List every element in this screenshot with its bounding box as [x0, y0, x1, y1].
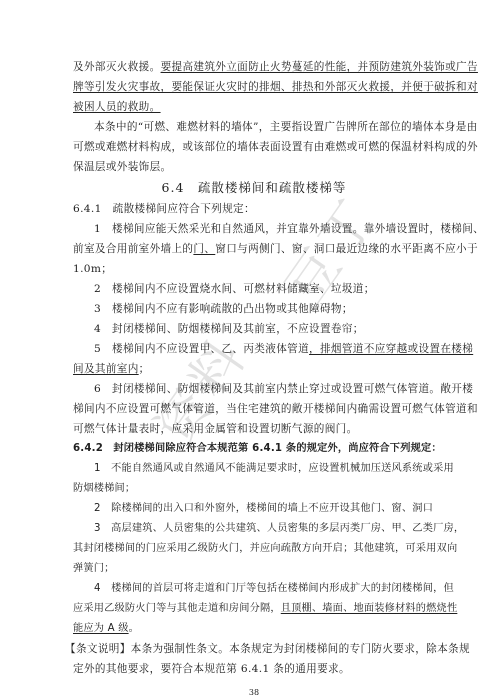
paragraph-line: 本条中的“可燃、难燃材料的墙体”，主要指设置广告牌所在部位的墙体本身是由	[73, 120, 478, 134]
paragraph-line: 被困人员的救助。	[73, 100, 161, 114]
list-item-continued: 1.0m；	[73, 262, 112, 276]
list-item: 3 楼梯间内不应有影响疏散的凸出物或其他障碍物；	[73, 302, 353, 316]
text: 5 楼梯间内不应设置甲、乙、丙类液体管道	[94, 343, 309, 355]
underlined-text: ，排烟管道不应穿越或设置在楼梯	[309, 343, 473, 355]
text: 前室及合用前室外墙上的	[73, 243, 193, 255]
text: ；	[139, 363, 150, 375]
list-item-continued: 可燃气体计量表时，应采用金属管和设置切断气源的阀门。	[73, 422, 358, 436]
paragraph-line: 牌等引发火灾事故，要能保证火灾时的排烟、排热和外部灭火救援，并便于破拆和对	[73, 80, 478, 94]
underlined-text: 间及其前室内	[73, 363, 139, 375]
section-heading: 6.4 疏散楼梯间和疏散楼梯等	[73, 178, 435, 196]
text: 应采用乙级防火门等与其他走道和房间分隔，	[73, 603, 281, 614]
list-item: 6 封闭楼梯间、防烟楼梯间及其前室内禁止穿过或设置可燃气体管道。敞开楼	[73, 382, 473, 396]
list-item-continued: 梯间内不应设置可燃气体管道，当住宅建筑的敞开楼梯间内确需设置可燃气体管道和	[73, 402, 478, 416]
explanation-line: 定外的其他要求，要符合本规范第 6.4.1 条的通用要求。	[73, 662, 350, 676]
list-item-continued: 防烟楼梯间；	[73, 482, 135, 496]
list-item-continued: 前室及合用前室外墙上的门、窗口与两侧门、窗、洞口最近边缘的水平距离不应小于	[73, 242, 478, 256]
text: 。	[129, 623, 139, 634]
list-item: 5 楼梯间内不应设置甲、乙、丙类液体管道，排烟管道不应穿越或设置在楼梯	[73, 342, 473, 356]
clause-title: 6.4.1 疏散楼梯间应符合下列规定：	[73, 202, 255, 216]
paragraph-line: 保温层或外装饰层。	[73, 160, 172, 174]
list-item: 3 高层建筑、人员密集的公共建筑、人员密集的多层丙类厂房、甲、乙类厂房，	[73, 522, 464, 536]
page-number: 38	[73, 688, 435, 697]
underlined-text: 能应为 A 级	[73, 623, 129, 634]
underlined-text: 门、	[193, 243, 215, 255]
list-item: 1 楼梯间应能天然采光和自然通风，并宜靠外墙设置。靠外墙设置时，楼梯间、	[73, 222, 484, 236]
text: 窗口与两侧门、窗、洞口最近边缘的水平距离不应小于	[215, 243, 478, 255]
clause-title: 6.4.2 封闭楼梯间除应符合本规范第 6.4.1 条的规定外，尚应符合下列规定…	[73, 442, 442, 456]
list-item-continued: 能应为 A 级。	[73, 622, 139, 636]
list-item-continued: 弹簧门；	[73, 562, 115, 576]
text: 及外部灭火救援。	[73, 61, 161, 73]
list-item-continued: 应采用乙级防火门等与其他走道和房间分隔，且顶棚、墙面、地面装修材料的燃烧性	[73, 602, 457, 616]
underlined-text: 且顶棚、墙面、地面装修材料的燃烧性	[281, 603, 458, 614]
list-item: 2 除楼梯间的出入口和外窗外，楼梯间的墙上不应开设其他门、窗、洞口	[73, 502, 433, 516]
list-item: 1 不能自然通风或自然通风不能满足要求时，应设置机械加压送风系统或采用	[73, 462, 454, 476]
paragraph-line: 可燃或难燃材料构成，或该部位的墙体表面设置有由难燃或可燃的保温材料构成的外	[73, 140, 478, 154]
list-item-continued: 间及其前室内；	[73, 362, 150, 376]
list-item-continued: 其封闭楼梯间的门应采用乙级防火门，并应向疏散方向开启；其他建筑，可采用双向	[73, 542, 457, 556]
paragraph-line: 及外部灭火救援。要提高建筑外立面防止火势蔓延的性能，并预防建筑外装饰或广告	[73, 60, 478, 74]
list-item: 2 楼梯间内不应设置烧水间、可燃材料储藏室、垃圾道；	[73, 282, 375, 296]
underlined-text: 要提高建筑外立面防止火势蔓延的性能，并预防建筑外装饰或广告	[161, 61, 478, 73]
explanation-line: 【条文说明】本条为强制性条文。本条规定为封闭楼梯间的专门防火要求，除本条规	[65, 642, 470, 656]
list-item: 4 封闭楼梯间、防烟楼梯间及其前室，不应设置卷帘；	[73, 322, 364, 336]
list-item: 4 楼梯间的首层可将走道和门厅等包括在楼梯间内形成扩大的封闭楼梯间，但	[73, 582, 454, 596]
